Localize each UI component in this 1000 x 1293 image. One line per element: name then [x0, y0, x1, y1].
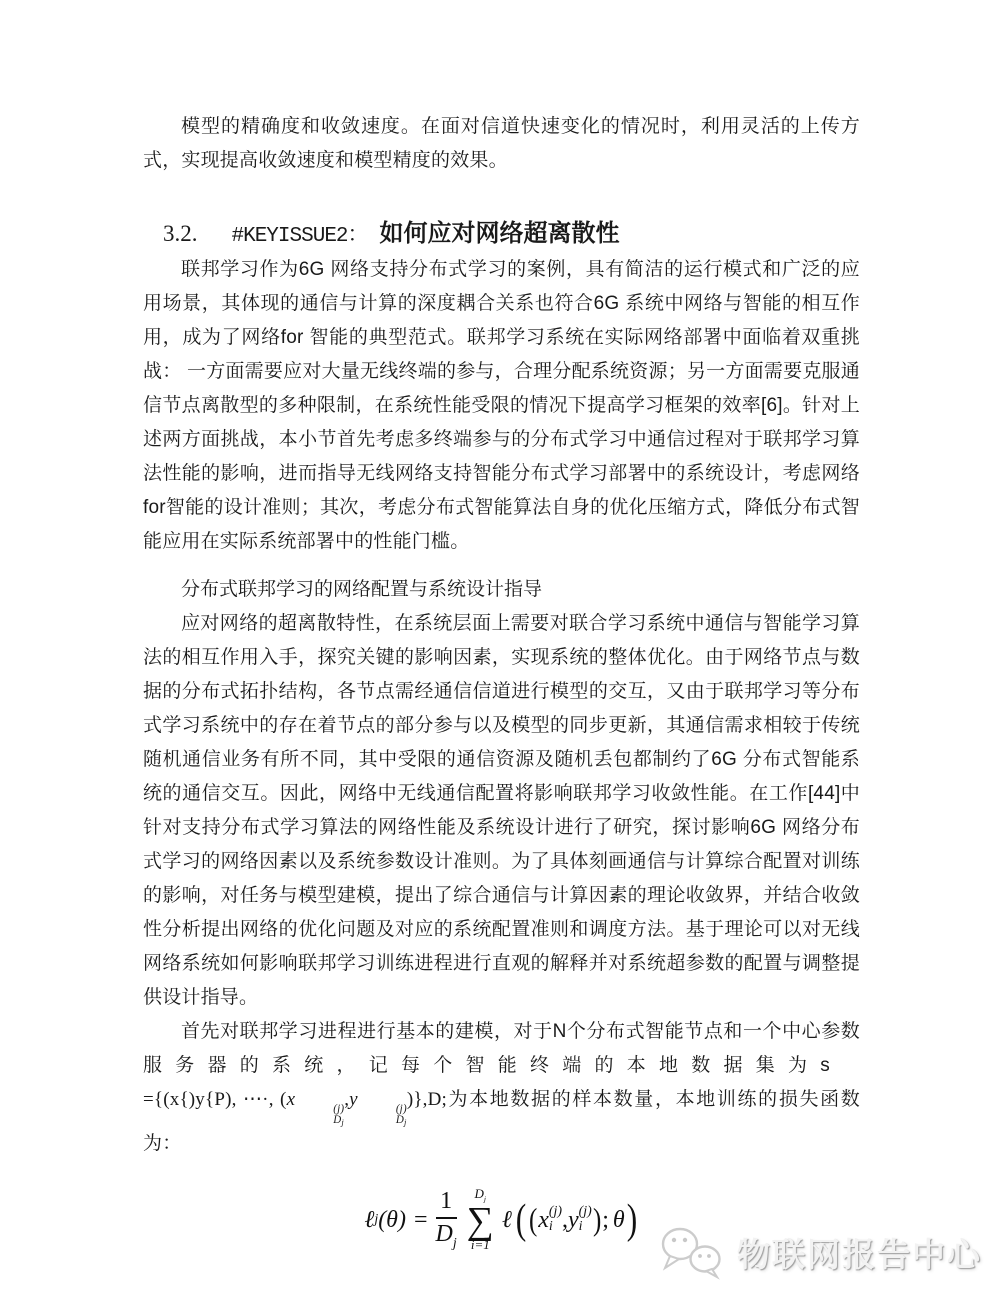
formula-x: x — [538, 1207, 549, 1234]
formula-lhs-args: (θ) — [378, 1207, 406, 1234]
formula-semicolon: ; — [602, 1207, 609, 1234]
inline-math-prefix: ={(x{)y{P), ⋯·, ( — [143, 1089, 287, 1110]
watermark: 物联网报告中心 — [655, 1223, 982, 1281]
dataset-inline-math: ={(x{)y{P), ⋯·, (x(j)Dj,y(j)Dj)},D; — [143, 1089, 447, 1110]
paragraph-challenges: 联邦学习作为6G 网络支持分布式学习的案例，具有简洁的运行模式和广泛的应用场景，… — [143, 253, 860, 559]
formula-y-scripts: (j)i — [579, 1205, 592, 1234]
inline-math-y: y — [349, 1089, 358, 1110]
inline-math-y-scripts: (j)Dj — [358, 1104, 407, 1128]
formula-theta: θ — [613, 1207, 625, 1234]
paragraph-intro: 模型的精确度和收敛速度。在面对信道快速变化的情况时，利用灵活的上传方式，实现提高… — [143, 110, 860, 178]
paragraph-modeling: 首先对联邦学习进程进行基本的建模，对于N个分布式智能节点和一个中心参数服务器的系… — [143, 1015, 860, 1161]
watermark-label: 物联网报告中心 — [737, 1229, 982, 1276]
wechat-icon — [655, 1223, 727, 1281]
fraction-denominator: Dj — [436, 1221, 457, 1252]
outer-open-paren: ( — [516, 1196, 527, 1244]
sigma-symbol: ∑ — [467, 1204, 494, 1238]
formula-x-scripts: (j)i — [549, 1205, 562, 1234]
fraction-bar — [436, 1217, 457, 1219]
modeling-lead-text: 首先对联邦学习进程进行基本的建模，对于N个分布式智能节点和一个中心参数服务器的系… — [143, 1021, 860, 1076]
inline-math-x-scripts: (j)Dj — [295, 1104, 344, 1128]
equals-sign: = — [414, 1207, 428, 1234]
document-page: 模型的精确度和收敛速度。在面对信道快速变化的情况时，利用灵活的上传方式，实现提高… — [0, 0, 1000, 1293]
subheading-network-config: 分布式联邦学习的网络配置与系统设计指导 — [143, 573, 860, 607]
inline-math-x: x — [287, 1089, 296, 1110]
fraction-numerator: 1 — [440, 1188, 452, 1216]
section-heading: 3.2.#KEYISSUE2：如何应对网络超离散性 — [163, 218, 860, 253]
formula-y: y — [568, 1207, 579, 1234]
fraction: 1 Dj — [436, 1188, 457, 1252]
inner-close-paren: ) — [593, 1202, 601, 1238]
loss-fn-symbol: ℓ — [502, 1207, 512, 1234]
formula-lhs: ℓ — [364, 1207, 374, 1234]
outer-close-paren: ) — [626, 1196, 637, 1244]
inline-math-suffix: )},D; — [407, 1089, 447, 1110]
section-number: 3.2. — [163, 221, 198, 246]
section-title: 如何应对网络超离散性 — [380, 220, 620, 247]
inner-open-paren: ( — [529, 1202, 537, 1238]
summation-lower: i=1 — [471, 1238, 490, 1252]
summation: Dj ∑ i=1 — [467, 1187, 494, 1252]
section-keyissue-tag: #KEYISSUE2： — [232, 225, 368, 248]
paragraph-network-design: 应对网络的超离散特性，在系统层面上需要对联合学习系统中通信与智能学习算法的相互作… — [143, 607, 860, 1015]
